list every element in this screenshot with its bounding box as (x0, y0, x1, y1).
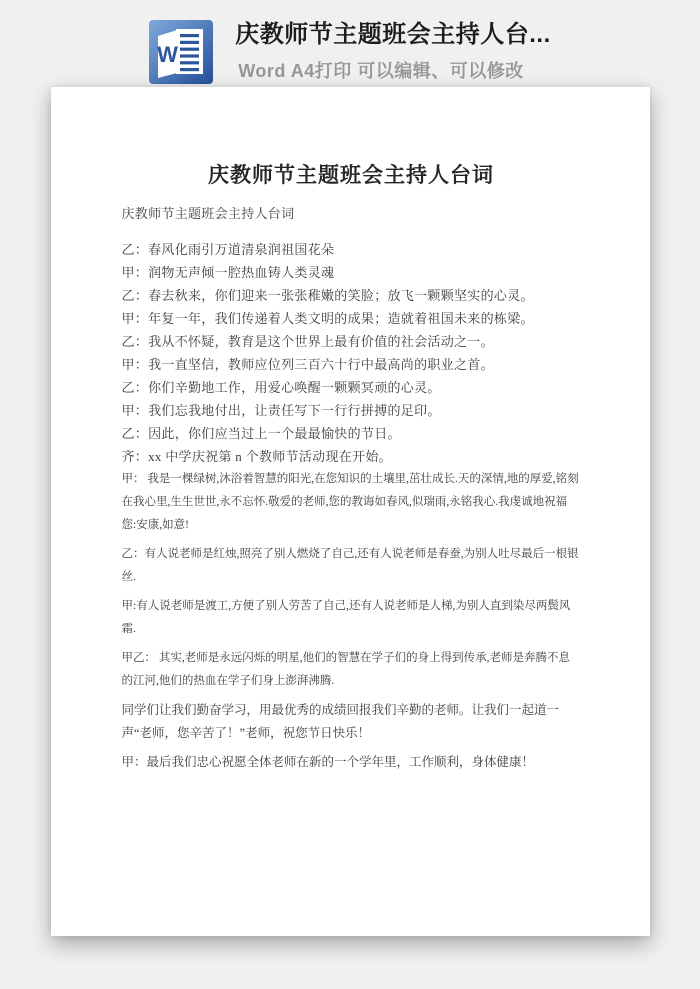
document-paragraph: 甲：最后我们忠心祝愿全体老师在新的一个学年里，工作顺利，身体健康！ (122, 751, 581, 774)
document-paragraph: 乙：有人说老师是红烛,照亮了别人燃烧了自己,还有人说老师是春蚕,为别人吐尽最后一… (122, 543, 581, 589)
document-paragraph: 乙：我从不怀疑，教育是这个世界上最有价值的社会活动之一。 (122, 330, 581, 353)
document-paragraph: 齐：xx 中学庆祝第 n 个教师节活动现在开始。 (122, 445, 581, 468)
document-paragraph: 甲：润物无声倾一腔热血铸人类灵魂 (122, 261, 581, 284)
document-paragraph: 甲乙： 其实,老师是永远闪烁的明星,他们的智慧在学子们的身上得到传承,老师是奔腾… (122, 647, 581, 693)
document-paragraph: 乙：春风化雨引万道清泉润祖国花朵 (122, 238, 581, 261)
document-paragraph: 庆教师节主题班会主持人台词 (122, 202, 581, 225)
document-paragraph: 甲： 我是一棵绿树,沐浴着智慧的阳光,在您知识的土壤里,茁壮成长.天的深情,地的… (122, 468, 581, 537)
document-title: 庆教师节主题班会主持人台词 (122, 161, 581, 189)
preview-title: 庆教师节主题班会主持人台... (235, 20, 551, 50)
preview-subtitle: Word A4打印 可以编辑、可以修改 (238, 57, 551, 83)
document-body: 庆教师节主题班会主持人台词乙：春风化雨引万道清泉润祖国花朵甲：润物无声倾一腔热血… (122, 202, 581, 774)
document-paragraph: 甲：年复一年，我们传递着人类文明的成果；造就着祖国未来的栋梁。 (122, 307, 581, 330)
document-preview-header: W 庆教师节主题班会主持人台... Word A4打印 可以编辑、可以修改 (0, 0, 700, 87)
document-paragraph: 甲：我一直坚信，教师应位列三百六十行中最高尚的职业之首。 (122, 353, 581, 376)
document-paragraph: 同学们让我们勤奋学习，用最优秀的成绩回报我们辛勤的老师。让我们一起道一声“老师，… (122, 699, 581, 745)
document-paragraph: 乙：你们辛勤地工作，用爱心唤醒一颗颗冥顽的心灵。 (122, 376, 581, 399)
document-paragraph: 甲:有人说老师是渡工,方便了别人劳苦了自己,还有人说老师是人梯,为别人直到染尽两… (122, 595, 581, 641)
page-background: W 庆教师节主题班会主持人台... Word A4打印 可以编辑、可以修改 庆教… (0, 0, 700, 989)
header-text-block: 庆教师节主题班会主持人台... Word A4打印 可以编辑、可以修改 (235, 20, 551, 83)
document-paragraph: 甲：我们忘我地付出，让责任写下一行行拼搏的足印。 (122, 399, 581, 422)
document-paragraph: 乙：春去秋来，你们迎来一张张稚嫩的笑脸；放飞一颗颗坚实的心灵。 (122, 284, 581, 307)
svg-text:W: W (157, 42, 178, 67)
word-icon: W (149, 20, 213, 84)
document-page: 庆教师节主题班会主持人台词 庆教师节主题班会主持人台词乙：春风化雨引万道清泉润祖… (51, 87, 650, 936)
document-paragraph: 乙：因此，你们应当过上一个最最愉快的节日。 (122, 422, 581, 445)
